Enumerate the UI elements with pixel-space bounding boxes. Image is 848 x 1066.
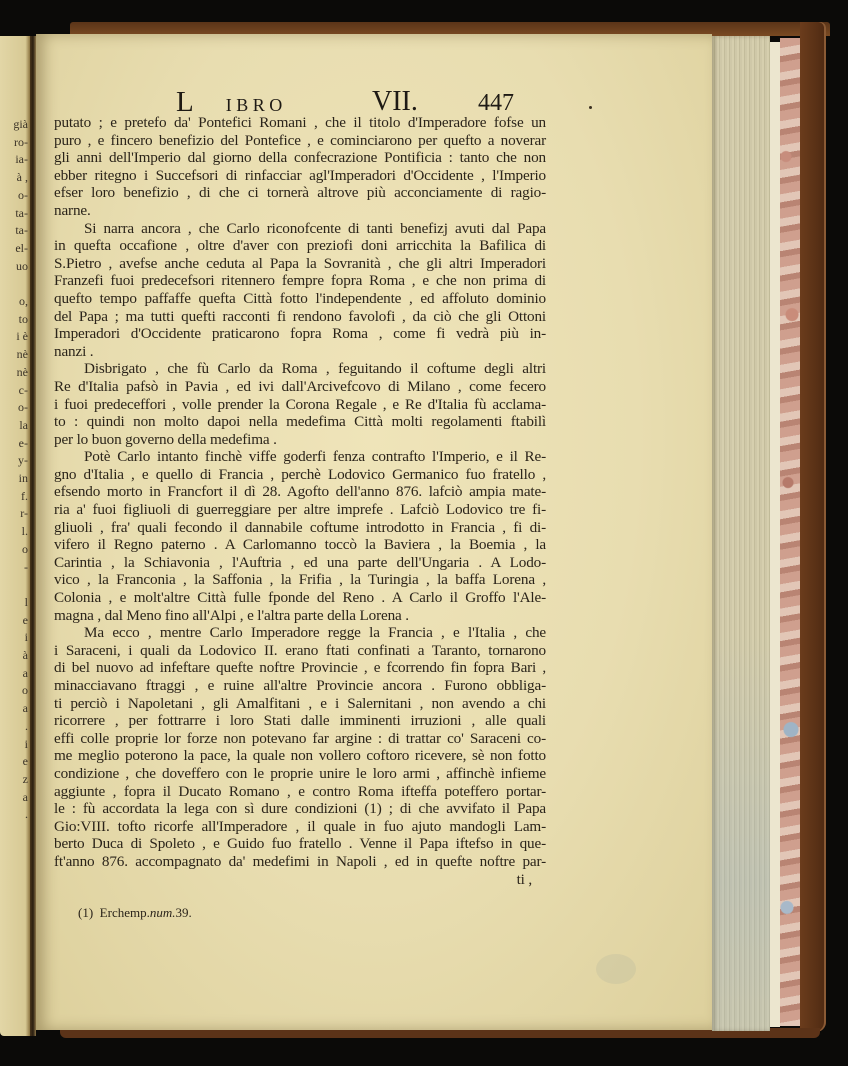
footnote-number: 39. [175,905,191,920]
previous-page-fragment: o- [18,401,28,413]
ink-speck [589,106,592,109]
text-line: gno d'Italia , e quello di Francia , per… [54,466,546,484]
text-line: per lo buon governo della medefima . [54,431,546,449]
previous-page-fragment: . [25,720,28,732]
footnote-marker: (1) [78,905,93,920]
text-line: ti perciò i Napoletani , gli Amalfitani … [54,695,546,713]
text-line: vifero il Regno paterno . A Carlomanno t… [54,536,546,554]
text-line: putato ; e pretefo da' Pontefici Romani … [54,114,546,132]
text-line: gli anni dell'Imperio dal giorno della c… [54,149,546,167]
previous-page-fragment: l [25,596,28,608]
previous-page-fragment: o [22,684,28,696]
previous-page-fragment: uo [16,260,28,272]
previous-page-fragment: nè [17,348,28,360]
text-line: condizione , che doveffero con le propri… [54,765,546,783]
text-line: ti , [54,871,546,889]
text-line: del Papa ; ma tutti quefti racconti fi r… [54,308,546,326]
text-line: aggiunte , fopra il Ducato Romano , e co… [54,783,546,801]
page-block-fore-edge [712,36,770,1031]
previous-page-fragment: i [25,631,28,643]
page-number: 447 [478,90,514,117]
text-line: in quefta occafione , oltre d'aver con p… [54,237,546,255]
previous-page-fragment: y- [18,454,28,466]
text-line: effi colle proprie lor forze non potevan… [54,730,546,748]
text-line: Potè Carlo intanto finchè viffe goderfi … [54,448,546,466]
previous-page-fragment: to [19,313,28,325]
text-line: ft'anno 876. accompagnato da' medefimi i… [54,853,546,871]
previous-page-fragment: i [25,738,28,750]
text-line: Franzefi fuoi predecefsori ritennero fem… [54,272,546,290]
previous-page-fragment: ta- [15,207,28,219]
text-line: ria a' fuoi figliuoli di guerreggiare pe… [54,501,546,519]
previous-page-fragment: ia- [15,153,28,165]
text-line: Imperadori d'Occidente praticarono fopra… [54,325,546,343]
previous-page-fragment: e [23,614,28,626]
title-rest: I B R O [226,95,283,115]
previous-page-fragment: o, [19,295,28,307]
text-line: gliuoli , fra' quali fecondo il dannabil… [54,519,546,537]
body-text: putato ; e pretefo da' Pontefici Romani … [54,114,546,888]
previous-page-fragment: la [19,419,28,431]
paper-stain [596,954,636,984]
leather-cover-right [800,22,826,1032]
text-line: Re d'Italia pafsò in Pavia , ed ivi dall… [54,378,546,396]
book-scan: giàro-ia-à ,o-ta-ta-el-uoo,toi ènènèc-o-… [0,0,848,1066]
previous-page-fragment: a [23,791,28,803]
text-line: efsendo morto in Francfort il dì 28. Ago… [54,483,546,501]
text-line: Carintia , la Schiavonia , l'Auftria , e… [54,554,546,572]
previous-page-fragment: a [23,702,28,714]
previous-page-fragment: nè [17,366,28,378]
flyleaf [770,42,780,1027]
text-line: efser loro benefizio , di che ci tornerà… [54,184,546,202]
text-line: i Saraceni, i quali da Lodovico II. eran… [54,642,546,660]
footnote-ref: num. [150,905,176,920]
text-line: berto Duca di Spoleto , e Guido fuo frat… [54,835,546,853]
previous-page-fragment: a [23,667,28,679]
previous-page-fragment: c- [19,384,28,396]
text-line: nanzi . [54,343,546,361]
text-line: Colonia , e molt'altre Città fulle fpond… [54,589,546,607]
text-line: ebber ritegno i Succefsori di rinfacciar… [54,167,546,185]
previous-page-fragment: e [23,755,28,767]
text-line: di bel nuovo ad infeftare quefte noftre … [54,659,546,677]
previous-page-fragment: - [24,561,28,573]
text-line: narne. [54,202,546,220]
text-line: Ma ecco , mentre Carlo Imperadore regge … [54,624,546,642]
text-line: Si narra ancora , che Carlo riconofcente… [54,220,546,238]
recto-page: LI B R O VII. 447 putato ; e pretefo da'… [36,34,712,1030]
text-line: vico , la Franconia , la Saffonia , la F… [54,571,546,589]
text-line: puro , e fincero benefizio del Pontefice… [54,132,546,150]
previous-page-fragment: i è [16,330,28,342]
previous-page-fragment: . [25,808,28,820]
previous-page-fragment: à [23,649,28,661]
previous-page-fragment: r- [20,507,28,519]
text-line: quefto tempo paffaffe quefta Città fotto… [54,290,546,308]
previous-page-fragment: o [22,543,28,555]
text-line: me meglio poterono la pace, la quale non… [54,747,546,765]
previous-page-edge: giàro-ia-à ,o-ta-ta-el-uoo,toi ènènèc-o-… [0,36,30,1036]
text-line: magna , dal Meno fino all'Alpi , e l'alt… [54,607,546,625]
previous-page-fragment: ro- [14,136,28,148]
text-line: le : fù accordata la lega con sì dure co… [54,800,546,818]
previous-page-fragment: ta- [15,224,28,236]
text-line: to : quindi non molto dapoi nella medefi… [54,413,546,431]
previous-page-fragment: e- [19,437,28,449]
text-line: S.Pietro , avefse anche ceduta al Papa l… [54,255,546,273]
text-line: minacciavano ftraggi , e ruine all'altre… [54,677,546,695]
footnote-source: Erchemp. [100,905,150,920]
previous-page-fragment: f. [21,490,28,502]
previous-page-fragment: l. [22,525,28,537]
previous-page-fragment: z [23,773,28,785]
previous-page-fragment: à , [17,171,28,183]
previous-page-fragment: o- [18,189,28,201]
previous-page-fragment: el- [15,242,28,254]
previous-page-fragment: in [19,472,28,484]
text-line: Gio:VIII. tofto ricorfe all'Imperadore ,… [54,818,546,836]
marbled-endpaper [780,38,800,1026]
footnote: (1) Erchemp.num.39. [78,905,192,921]
text-line: ricorrere , per fottrarre i loro Stati d… [54,712,546,730]
text-line: i fuoi predeceffori , volle prender la C… [54,396,546,414]
text-line: Disbrigato , che fù Carlo da Roma , fegu… [54,360,546,378]
previous-page-fragment: già [13,118,28,130]
